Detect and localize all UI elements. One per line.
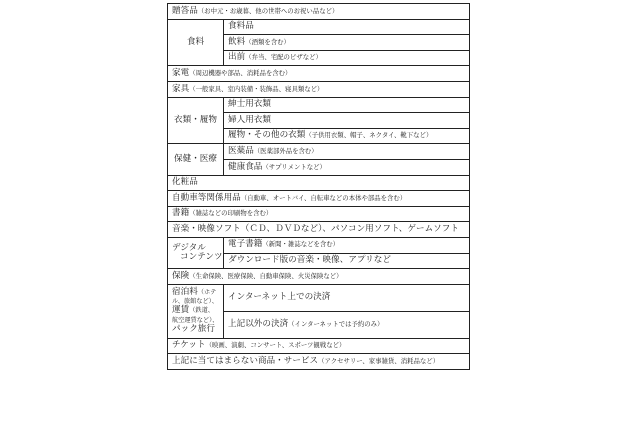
- cell-main: 上記に当てはまらない商品・サービス: [172, 356, 318, 366]
- cell-main: 保険: [172, 271, 189, 281]
- cell-note: （自動車、オートバイ、自転車などの本体や部品を含む）: [241, 194, 406, 202]
- cell-main: インターネット上での決済: [228, 292, 330, 302]
- table-row-tickets: チケット（映画、演劇、コンサート、スポーツ観戦など）: [168, 338, 470, 354]
- cell-main: 健康食品: [228, 162, 262, 172]
- cell-main: 紳士用衣類: [228, 99, 271, 109]
- cell-main: 自動車等関係用品: [172, 193, 241, 203]
- table-row-books: 書籍（雑誌などの印刷物を含む）: [168, 206, 470, 222]
- category-fare: 運賃: [172, 305, 189, 315]
- category-cell-travel: 宿泊料（ホテル、旅館など）、運賃（鉄道、航空運賃など）、パック旅行: [168, 284, 224, 338]
- cell-note: （一般家具、室内装備・装飾品、寝具類など）: [189, 85, 323, 93]
- table-row-appliances: 家電（周辺機器や部品、消耗品を含む）: [168, 66, 470, 82]
- table-row-automotive: 自動車等関係用品（自動車、オートバイ、自転車などの本体や部品を含む）: [168, 191, 470, 207]
- table-row-gifts: 贈答品（お中元・お歳暮、他の世帯へのお祝い品など）: [168, 4, 470, 20]
- cell-main: 家具: [172, 84, 189, 94]
- table-row-health-1: 保健・医療 医薬品（医薬部外品を含む）: [168, 144, 470, 160]
- cell-note: （子供用衣類、帽子、ネクタイ、靴下など）: [305, 131, 432, 139]
- cell-main: 医薬品: [228, 146, 254, 156]
- cell-note: （雑誌などの印刷物を含む）: [189, 209, 272, 217]
- cell-note: （医薬部外品を含む）: [254, 147, 318, 155]
- cell-note: （サプリメントなど）: [262, 163, 326, 171]
- table-row-digital-1: デジタル コンテンツ 電子書籍（新聞・雑誌などを含む）: [168, 237, 470, 253]
- cell-note: （生命保険、医療保険、自動車保険、火災保険など）: [189, 272, 342, 280]
- category-cell-health: 保健・医療: [168, 144, 224, 175]
- category-package-tour: パック旅行: [172, 324, 215, 334]
- expense-category-table: 贈答品（お中元・お歳暮、他の世帯へのお祝い品など） 食料 食料品 飲料（酒類を含…: [167, 3, 470, 370]
- cell-main: 家電: [172, 68, 189, 78]
- category-cell-digital: デジタル コンテンツ: [168, 237, 224, 268]
- cell-main: 音楽・映像ソフト（ＣＤ、ＤＶＤなど）、パソコン用ソフト、ゲームソフト: [172, 224, 459, 234]
- cell-main: 上記以外の決済: [228, 319, 288, 329]
- table-row-cosmetics: 化粧品: [168, 175, 470, 191]
- table-row-insurance: 保険（生命保険、医療保険、自動車保険、火災保険など）: [168, 269, 470, 285]
- cell-main: 出前: [228, 52, 245, 62]
- table-row-clothing-1: 衣類・履物 紳士用衣類: [168, 97, 470, 113]
- table-row-furniture: 家具（一般家具、室内装備・装飾品、寝具類など）: [168, 81, 470, 97]
- cell-main: 電子書籍: [228, 239, 262, 249]
- cell-main: 婦人用衣類: [228, 115, 271, 125]
- cell-main: 贈答品: [172, 6, 198, 16]
- category-cell-clothing: 衣類・履物: [168, 97, 224, 144]
- cell-note: （弁当、宅配のピザなど）: [245, 53, 322, 61]
- table-row-travel-1: 宿泊料（ホテル、旅館など）、運賃（鉄道、航空運賃など）、パック旅行 インターネッ…: [168, 284, 470, 311]
- cell-main: 化粧品: [172, 177, 198, 187]
- cell-main: チケット: [172, 340, 206, 350]
- cell-note: （アクセサリー、家事雑貨、消耗品など）: [318, 357, 439, 365]
- cell-main: ダウンロード版の音楽・映像、アプリなど: [228, 255, 391, 265]
- cell-note: （お中元・お歳暮、他の世帯へのお祝い品など）: [198, 7, 339, 15]
- table-row-other: 上記に当てはまらない商品・サービス（アクセサリー、家事雑貨、消耗品など）: [168, 354, 470, 370]
- cell-main: 飲料: [228, 37, 245, 47]
- cell-main: 履物・その他の衣類: [228, 130, 305, 140]
- category-line-2: コンテンツ: [172, 253, 219, 262]
- cell-main: 書籍: [172, 208, 189, 218]
- table-row-food-1: 食料 食料品: [168, 19, 470, 35]
- cell-note: （周辺機器や部品、消耗品を含む）: [189, 69, 291, 77]
- cell-main: 食料品: [228, 21, 254, 31]
- cell-note: （インターネットでは予約のみ）: [288, 320, 383, 328]
- cell-note: （酒類を含む）: [245, 38, 290, 46]
- cell-note: （新聞・雑誌などを含む）: [262, 240, 339, 248]
- category-cell-food: 食料: [168, 19, 224, 66]
- table-row-software: 音楽・映像ソフト（ＣＤ、ＤＶＤなど）、パソコン用ソフト、ゲームソフト: [168, 222, 470, 238]
- cell-note: （映画、演劇、コンサート、スポーツ観戦など）: [206, 341, 346, 349]
- category-lodging: 宿泊料: [172, 287, 198, 297]
